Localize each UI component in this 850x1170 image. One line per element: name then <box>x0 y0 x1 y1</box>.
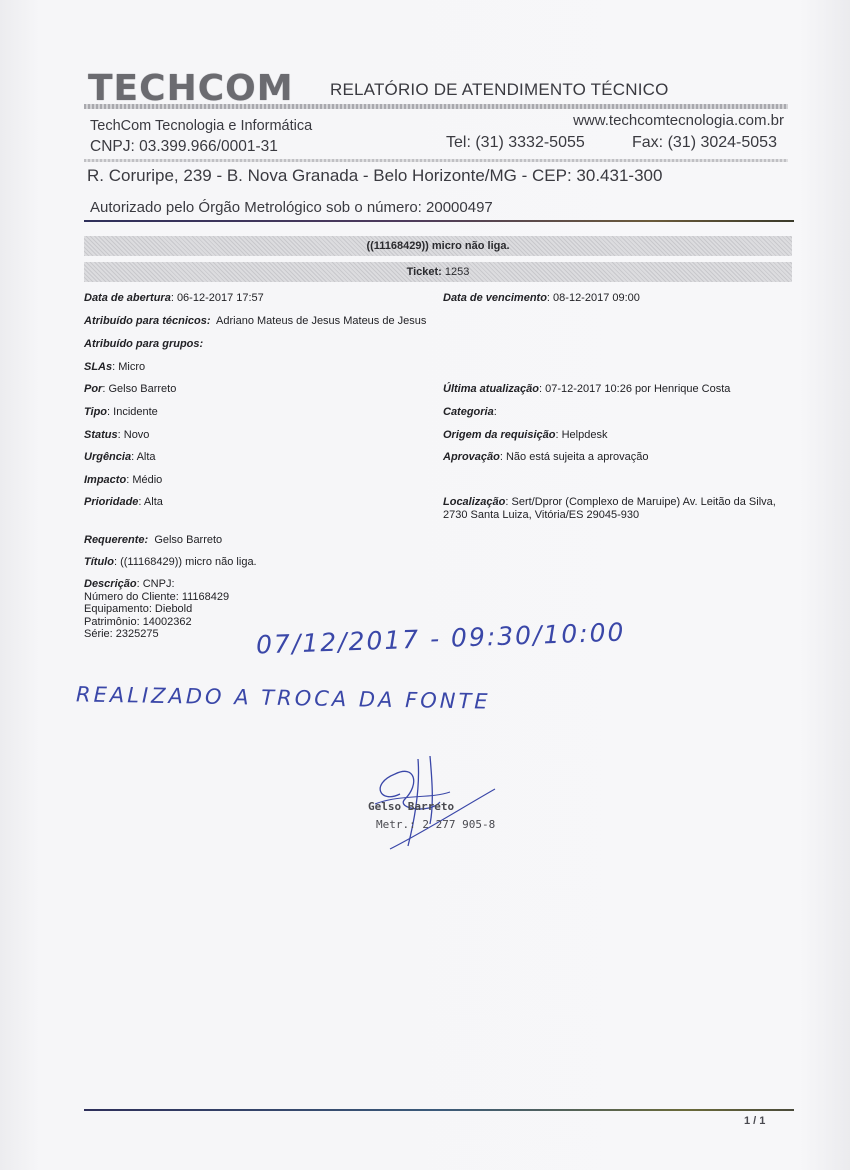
field-label: Prioridade <box>84 496 138 508</box>
header-rule <box>84 220 794 222</box>
description-line-asset: Patrimônio: 14002362 <box>84 616 229 629</box>
requester-field: Requerente: Gelso Barreto <box>84 534 222 547</box>
ticket-title-banner: ((11168429)) micro não liga. <box>84 236 792 256</box>
description-label: Descrição <box>84 578 137 590</box>
field-row: Origem da requisição: Helpdesk <box>443 429 793 442</box>
field-value: Não está sujeita a aprovação <box>506 451 648 463</box>
field-value: Alta <box>144 496 163 508</box>
field-row: Última atualização: 07-12-2017 10:26 por… <box>443 383 793 396</box>
ticket-title-text: ((11168429)) micro não liga. <box>366 240 509 252</box>
field-row: Tipo: Incidente <box>84 406 158 419</box>
company-fax: Fax: (31) 3024-5053 <box>632 134 777 152</box>
field-row: Data de vencimento: 08-12-2017 09:00 <box>443 292 793 305</box>
ticket-number-label: Ticket: <box>407 266 442 278</box>
title-value: ((11168429)) micro não liga. <box>120 556 257 568</box>
description-line-serial: Série: 2325275 <box>84 628 229 641</box>
report-title: RELATÓRIO DE ATENDIMENTO TÉCNICO <box>330 80 669 100</box>
field-label: Aprovação <box>443 451 500 463</box>
description-cnpj: CNPJ: <box>143 578 175 590</box>
field-row: Status: Novo <box>84 429 149 442</box>
field-label: Categoria <box>443 406 494 418</box>
requester-value: Gelso Barreto <box>154 534 222 546</box>
techcom-logo: TECHCOM <box>88 70 294 108</box>
header-divider-middle <box>84 159 788 162</box>
field-value: Micro <box>118 361 145 373</box>
field-value: Gelso Barreto <box>108 383 176 395</box>
description-block: Descrição: CNPJ: Número do Cliente: 1116… <box>84 578 229 641</box>
field-row: Impacto: Médio <box>84 474 162 487</box>
field-value: Adriano Mateus de Jesus Mateus de Jesus <box>216 315 426 327</box>
ticket-number-banner: Ticket: 1253 <box>84 262 792 282</box>
company-cnpj: CNPJ: 03.399.966/0001-31 <box>90 138 278 156</box>
field-row: Urgência: Alta <box>84 451 156 464</box>
field-label: Data de abertura <box>84 292 171 304</box>
field-label: Urgência <box>84 451 131 463</box>
field-label: Atribuído para técnicos: <box>84 315 211 327</box>
field-row: Por: Gelso Barreto <box>84 383 176 396</box>
description-line-equipment: Equipamento: Diebold <box>84 603 229 616</box>
field-label: Por <box>84 383 102 395</box>
ticket-number: 1253 <box>445 266 469 278</box>
field-label: Atribuído para grupos: <box>84 338 203 350</box>
company-website: www.techcomtecnologia.com.br <box>573 112 784 129</box>
field-value: Novo <box>124 429 150 441</box>
page-number: 1 / 1 <box>744 1115 765 1127</box>
field-label: Status <box>84 429 118 441</box>
field-value: Alta <box>137 451 156 463</box>
company-name: TechCom Tecnologia e Informática <box>90 118 312 134</box>
field-label: Tipo <box>84 406 107 418</box>
field-value: 07-12-2017 10:26 por Henrique Costa <box>545 383 730 395</box>
field-label: Data de vencimento <box>443 292 547 304</box>
field-row: Data de abertura: 06-12-2017 17:57 <box>84 292 264 305</box>
field-value: Médio <box>132 474 162 486</box>
description-first-line: Descrição: CNPJ: <box>84 578 229 591</box>
description-line-client: Número do Cliente: 11168429 <box>84 591 229 604</box>
metrology-authorization: Autorizado pelo Órgão Metrológico sob o … <box>90 199 493 216</box>
field-label: Impacto <box>84 474 126 486</box>
field-value: Helpdesk <box>562 429 608 441</box>
field-row: Atribuído para grupos: <box>84 338 203 351</box>
field-label: SLAs <box>84 361 112 373</box>
title-field: Título: ((11168429)) micro não liga. <box>84 556 257 569</box>
field-row: Prioridade: Alta <box>84 496 163 509</box>
field-value: 06-12-2017 17:57 <box>177 292 264 304</box>
field-separator: : <box>494 406 497 418</box>
field-row: Categoria: <box>443 406 793 419</box>
footer-rule <box>84 1109 794 1111</box>
field-row: SLAs: Micro <box>84 361 145 374</box>
stamp-name: Gelso Barreto <box>368 800 454 813</box>
field-label: Origem da requisição <box>443 429 555 441</box>
field-row: Localização: Sert/Dpror (Complexo de Mar… <box>443 496 793 522</box>
field-row: Atribuído para técnicos: Adriano Mateus … <box>84 315 426 328</box>
field-value: Incidente <box>113 406 158 418</box>
stamp-registration: Metr.: 2 277 905-8 <box>376 818 495 831</box>
field-row: Aprovação: Não está sujeita a aprovação <box>443 451 793 464</box>
company-phone: Tel: (31) 3332-5055 <box>446 134 585 152</box>
field-value: 08-12-2017 09:00 <box>553 292 640 304</box>
company-address: R. Coruripe, 239 - B. Nova Granada - Bel… <box>87 166 662 186</box>
field-label: Localização <box>443 496 505 508</box>
title-label: Título <box>84 556 114 568</box>
requester-label: Requerente: <box>84 534 148 546</box>
field-label: Última atualização <box>443 383 539 395</box>
header-divider-top <box>84 104 788 109</box>
